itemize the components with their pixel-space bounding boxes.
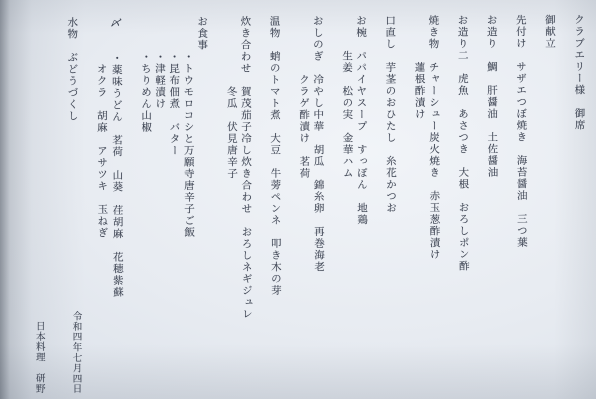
menu-line: お椀 パパイヤスープ すっぽん 地鶏 xyxy=(355,15,368,393)
menu-photo: クラブエリー様 御席御献立先付け サザエつぼ焼き 海苔醤油 三つ葉お造り 鯛 肝… xyxy=(0,0,596,399)
menu-entry-oshokuji: お食事 ・トウモロコシと万願寺唐辛子ご飯 ・昆布佃煮 バター ・津軽漬け ・ちり… xyxy=(140,16,210,394)
menu-line: ・津軽漬け xyxy=(154,16,167,394)
menu-line: 御献立 xyxy=(544,14,557,392)
menu-entry-yakimono: 焼き物 チャーシュー炭火焼き 赤玉葱酢漬け 蓮根酢漬け xyxy=(413,15,440,393)
menu-line: おしのぎ 冷やし中華 胡瓜 錦糸卵 再巻海老 xyxy=(312,15,325,393)
signature-block: 令和四年七月四日 日本料理 研野 xyxy=(11,298,102,394)
menu-line: 炊き合わせ 賀茂茄子冷し炊き合わせ おろしネギジュレ xyxy=(239,16,252,394)
menu-line: 〆 ・薬味うどん 茗荷 山葵 荏胡麻 花穂紫蘇 xyxy=(109,16,123,394)
menu-line: クラブエリー様 御席 xyxy=(573,14,586,392)
menu-line: 焼き物 チャーシュー炭火焼き 赤玉葱酢漬け xyxy=(427,15,440,393)
menu-entry-takiawase: 炊き合わせ 賀茂茄子冷し炊き合わせ おろしネギジュレ 冬瓜 伏見唐辛子 xyxy=(225,16,252,394)
menu-line: ・ちりめん山椒 xyxy=(140,16,153,394)
menu-entry-oshinogi: おしのぎ 冷やし中華 胡瓜 錦糸卵 再巻海老 クラゲ酢漬け 茗荷 xyxy=(298,15,325,393)
menu-entry-atsumono: 温物 蛸のトマト煮 大豆 牛蒡ペンネ 叩き木の芽 xyxy=(268,16,281,394)
menu-entry-guest-seat: クラブエリー様 御席 xyxy=(573,14,586,392)
shime-mark: 〆 xyxy=(108,15,123,30)
menu-entry-owan: お椀 パパイヤスープ すっぽん 地鶏 生姜 松の実 金華ハム xyxy=(341,15,368,393)
menu-line: ・昆布佃煮 バター xyxy=(168,16,181,394)
menu-line: 先付け サザエつぼ焼き 海苔醤油 三つ葉 xyxy=(515,14,528,392)
menu-line: 蓮根酢漬け xyxy=(413,15,426,393)
menu-line: お造り 鯛 肝醤油 土佐醤油 xyxy=(486,14,499,392)
restaurant-name: 日本料理 研野 xyxy=(33,298,44,394)
menu-entry-otsukuri-2: お造り二 虎魚 あさつき 大根 おろしポン酢 xyxy=(456,15,469,393)
menu-line: お造り二 虎魚 あさつき 大根 おろしポン酢 xyxy=(456,15,469,393)
menu-entry-otsukuri: お造り 鯛 肝醤油 土佐醤油 xyxy=(486,14,499,392)
menu-line: 冬瓜 伏見唐辛子 xyxy=(225,16,238,394)
menu-line: 口直し 芋茎のおひたし 糸花かつお xyxy=(384,15,397,393)
menu-line: ・トウモロコシと万願寺唐辛子ご飯 xyxy=(182,16,195,394)
menu-entry-sakizuke: 先付け サザエつぼ焼き 海苔醤油 三つ葉 xyxy=(515,14,528,392)
menu-date: 令和四年七月四日 xyxy=(70,298,81,394)
menu-line: クラゲ酢漬け 茗荷 xyxy=(298,15,311,393)
menu-entry-menu-title: 御献立 xyxy=(544,14,557,392)
menu-line: 温物 蛸のトマト煮 大豆 牛蒡ペンネ 叩き木の芽 xyxy=(268,16,281,394)
menu-line: 生姜 松の実 金華ハム xyxy=(341,15,354,393)
menu-line: お食事 xyxy=(196,16,209,394)
menu-entry-kuchinaoshi: 口直し 芋茎のおひたし 糸花かつお xyxy=(384,15,397,393)
